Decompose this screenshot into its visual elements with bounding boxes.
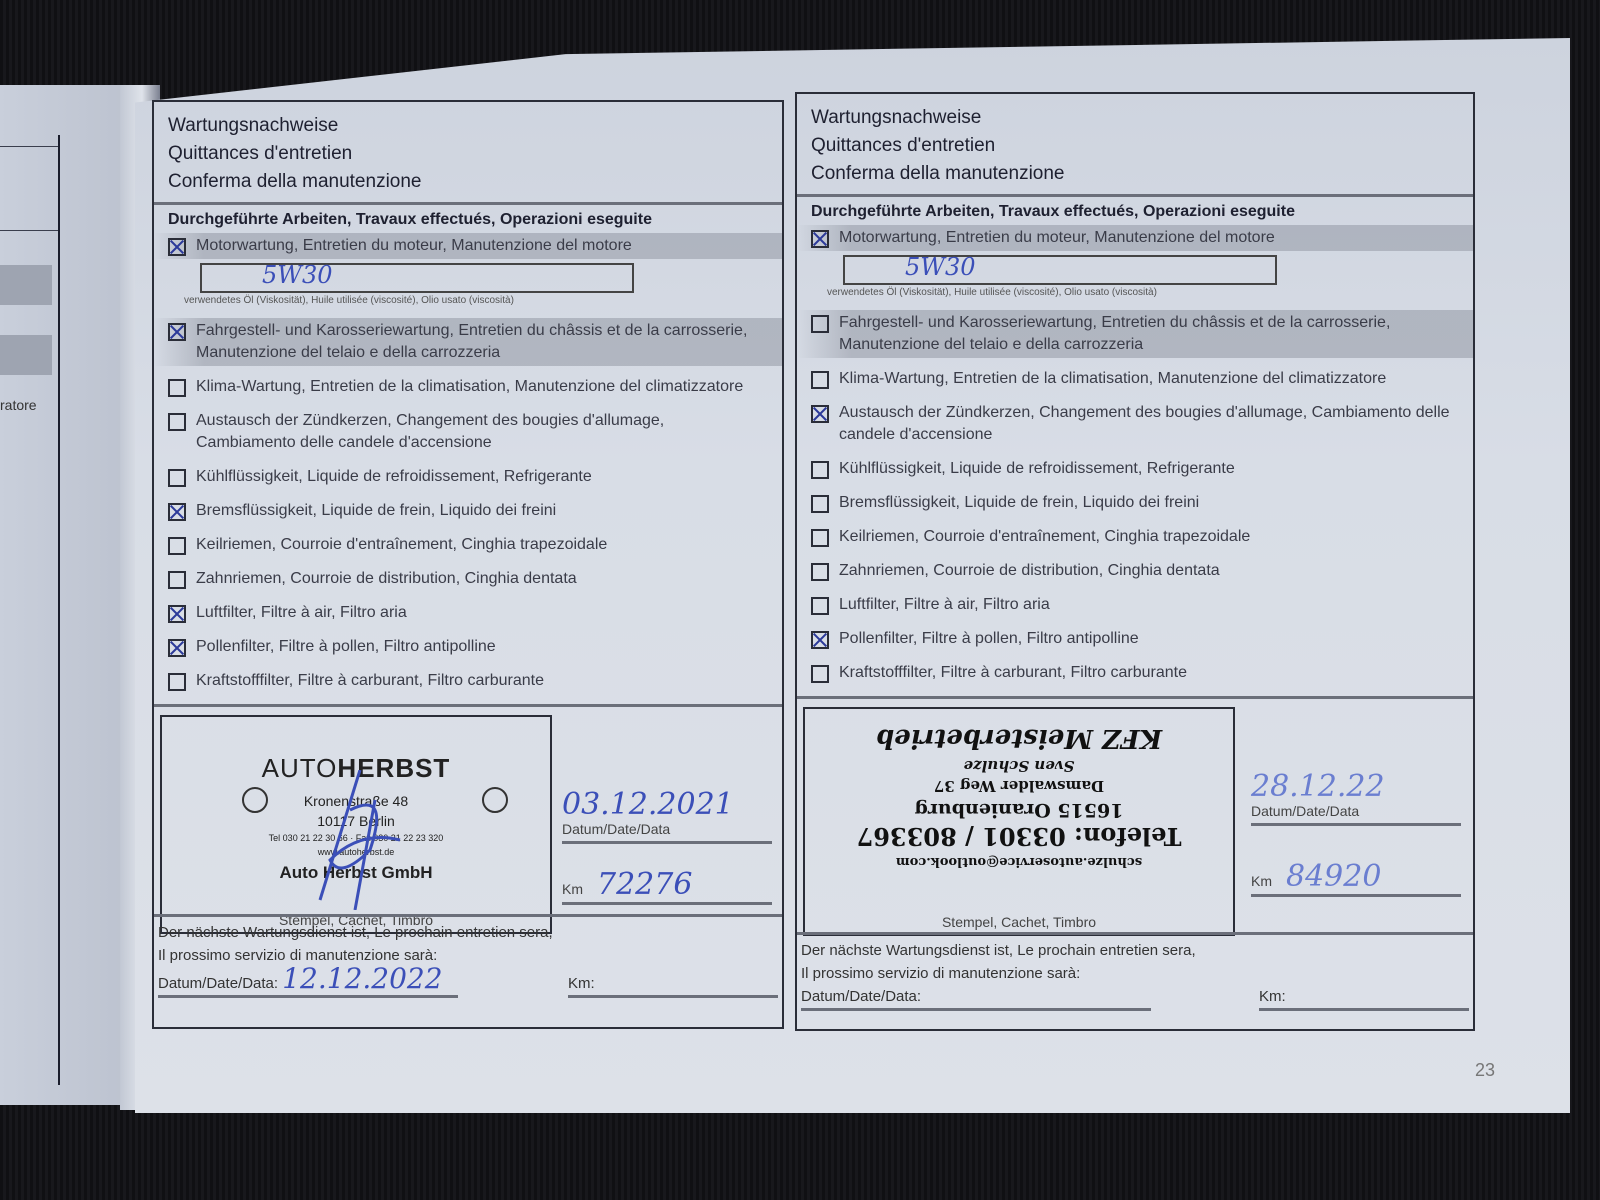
checklist-item: Luftfilter, Filtre à air, Filtro aria [797, 592, 1473, 618]
stamp-upside-down: schulze.autoservice@outlook.com Telefon:… [805, 709, 1233, 869]
checked-checkbox-icon[interactable] [811, 405, 829, 423]
checklist-item-label: Bremsflüssigkeit, Liquide de frein, Liqu… [196, 500, 556, 522]
checklist-item-label: Kühlflüssigkeit, Liquide de refroidissem… [839, 458, 1235, 480]
next-service: Der nächste Wartungsdienst ist, Le proch… [154, 914, 782, 1002]
checkbox-icon[interactable] [811, 597, 829, 615]
signature-scribble [300, 770, 420, 910]
next-date-label: Datum/Date/Data: [801, 988, 921, 1005]
checked-checkbox-icon[interactable] [811, 230, 829, 248]
header-line: Wartungsnachweise [811, 104, 1459, 132]
checklist-item-label: Pollenfilter, Filtre à pollen, Filtro an… [196, 636, 496, 658]
checked-checkbox-icon[interactable] [168, 323, 186, 341]
checklist-item-label: Luftfilter, Filtre à air, Filtro aria [196, 602, 407, 624]
checked-checkbox-icon[interactable] [168, 503, 186, 521]
service-km: 84920 [1286, 859, 1381, 894]
km-label: Km [562, 881, 583, 897]
checklist-item-label: Klima-Wartung, Entretien de la climatisa… [839, 368, 1386, 390]
rule [0, 230, 58, 231]
checkbox-icon[interactable] [811, 563, 829, 581]
checkbox-icon[interactable] [811, 371, 829, 389]
service-km: 72276 [597, 867, 692, 902]
stamp-row: AUTOHERBST Kronenstraße 48 10117 Berlin … [154, 704, 782, 925]
checkbox-icon[interactable] [811, 495, 829, 513]
checklist-item: Austausch der Zündkerzen, Changement des… [154, 408, 782, 456]
checkbox-icon[interactable] [811, 461, 829, 479]
checklist-item: Kühlflüssigkeit, Liquide de refroidissem… [797, 456, 1473, 482]
workshop-stamp: schulze.autoservice@outlook.com Telefon:… [803, 707, 1235, 936]
stamp-owner: Sven Schulze [805, 757, 1233, 775]
checklist-item-label: Bremsflüssigkeit, Liquide de frein, Liqu… [839, 492, 1199, 514]
next-service-text: Der nächste Wartungsdienst ist, Le proch… [801, 939, 1469, 962]
checklist-item-label: Fahrgestell- und Karosseriewartung, Entr… [196, 320, 768, 364]
checklist-item: Fahrgestell- und Karosseriewartung, Entr… [797, 310, 1473, 358]
header-line: Quittances d'entretien [168, 140, 768, 168]
oil-caption: verwendetes Öl (Viskosität), Huile utili… [154, 293, 782, 310]
date-label: Datum/Date/Data [562, 821, 772, 844]
service-date: 28.12.22 [1251, 769, 1461, 803]
oil-viscosity-field[interactable]: 5W30 [200, 263, 634, 293]
stamp-row: schulze.autoservice@outlook.com Telefon:… [797, 696, 1473, 917]
checklist-item-label: Kraftstofffilter, Filtre à carburant, Fi… [196, 670, 544, 692]
text-fragment: ratore [0, 397, 37, 413]
checklist-item-label: Klima-Wartung, Entretien de la climatisa… [196, 376, 743, 398]
service-entry-right: Wartungsnachweise Quittances d'entretien… [795, 92, 1475, 1031]
next-service-text: Il prossimo servizio di manutenzione sar… [158, 944, 778, 967]
entry-header: Wartungsnachweise Quittances d'entretien… [797, 94, 1473, 197]
checkbox-icon[interactable] [168, 571, 186, 589]
checklist-item: Luftfilter, Filtre à air, Filtro aria [154, 600, 782, 626]
checklist-item: Keilriemen, Courroie d'entraînement, Cin… [797, 524, 1473, 550]
header-line: Wartungsnachweise [168, 112, 768, 140]
checklist-item: Kraftstofffilter, Filtre à carburant, Fi… [797, 660, 1473, 686]
next-date-value: 12.12.2022 [282, 962, 442, 995]
checkbox-icon[interactable] [168, 469, 186, 487]
stamp-title: KFZ Meisterbetrieb [805, 723, 1233, 753]
next-km-field[interactable]: Km: [568, 972, 778, 998]
next-km-field[interactable]: Km: [1259, 985, 1469, 1011]
next-service-text: Der nächste Wartungsdienst ist, Le proch… [158, 921, 778, 944]
checklist-item-label: Austausch der Zündkerzen, Changement des… [196, 410, 768, 454]
oil-caption: verwendetes Öl (Viskosität), Huile utili… [797, 285, 1473, 302]
date-field[interactable]: 03.12.2021 Datum/Date/Data [562, 787, 772, 844]
checklist-item-label: Motorwartung, Entretien du moteur, Manut… [196, 235, 632, 257]
checklist-item: Zahnriemen, Courroie de distribution, Ci… [797, 558, 1473, 584]
checklist-item: Kraftstofffilter, Filtre à carburant, Fi… [154, 668, 782, 694]
km-label: Km [1251, 873, 1272, 889]
checklist-item-label: Pollenfilter, Filtre à pollen, Filtro an… [839, 628, 1139, 650]
section-title: Durchgeführte Arbeiten, Travaux effectué… [154, 205, 782, 233]
next-date-label: Datum/Date/Data: [158, 975, 278, 992]
checklist-item-label: Zahnriemen, Courroie de distribution, Ci… [839, 560, 1220, 582]
checked-checkbox-icon[interactable] [811, 631, 829, 649]
checklist-item: Fahrgestell- und Karosseriewartung, Entr… [154, 318, 782, 366]
header-line: Conferma della manutenzione [811, 160, 1459, 188]
header-line: Conferma della manutenzione [168, 168, 768, 196]
stamp-city: 16515 Oranienburg [805, 799, 1233, 821]
checklist-item-label: Austausch der Zündkerzen, Changement des… [839, 402, 1459, 446]
checklist-item-label: Motorwartung, Entretien du moteur, Manut… [839, 227, 1275, 249]
checklist-item-label: Keilriemen, Courroie d'entraînement, Cin… [839, 526, 1250, 548]
stamp-street: Damswalder Weg 37 [805, 777, 1233, 795]
next-date-field[interactable]: Datum/Date/Data: [801, 985, 1151, 1011]
checklist-item-label: Keilriemen, Courroie d'entraînement, Cin… [196, 534, 607, 556]
checklist-item: Klima-Wartung, Entretien de la climatisa… [154, 374, 782, 400]
checklist-item: Bremsflüssigkeit, Liquide de frein, Liqu… [797, 490, 1473, 516]
checklist-item: Keilriemen, Courroie d'entraînement, Cin… [154, 532, 782, 558]
page-number: 23 [1475, 1060, 1495, 1081]
section-title: Durchgeführte Arbeiten, Travaux effectué… [797, 197, 1473, 225]
checkbox-icon[interactable] [811, 665, 829, 683]
date-field[interactable]: 28.12.22 Datum/Date/Data [1251, 769, 1461, 826]
oil-viscosity-value: 5W30 [262, 261, 332, 289]
header-line: Quittances d'entretien [811, 132, 1459, 160]
checklist-item-label: Kühlflüssigkeit, Liquide de refroidissem… [196, 466, 592, 488]
date-label: Datum/Date/Data [1251, 803, 1461, 826]
checklist-item-label: Fahrgestell- und Karosseriewartung, Entr… [839, 312, 1459, 356]
checklist-item: Motorwartung, Entretien du moteur, Manut… [797, 225, 1473, 251]
checkbox-icon[interactable] [811, 529, 829, 547]
checkbox-icon[interactable] [168, 537, 186, 555]
previous-page-edge: ratore [0, 85, 135, 1105]
checklist-item: Motorwartung, Entretien du moteur, Manut… [154, 233, 782, 259]
km-field[interactable]: Km72276 [562, 867, 772, 905]
checklist-item: Zahnriemen, Courroie de distribution, Ci… [154, 566, 782, 592]
checklist-item: Kühlflüssigkeit, Liquide de refroidissem… [154, 464, 782, 490]
oil-viscosity-field[interactable]: 5W30 [843, 255, 1277, 285]
next-service-text: Il prossimo servizio di manutenzione sar… [801, 962, 1469, 985]
checkbox-icon[interactable] [168, 413, 186, 431]
checklist-item: Austausch der Zündkerzen, Changement des… [797, 400, 1473, 448]
checklist: Motorwartung, Entretien du moteur, Manut… [797, 225, 1473, 686]
checklist-item: Klima-Wartung, Entretien de la climatisa… [797, 366, 1473, 392]
checked-checkbox-icon[interactable] [168, 639, 186, 657]
checklist-item-label: Zahnriemen, Courroie de distribution, Ci… [196, 568, 577, 590]
stamp-email: schulze.autoservice@outlook.com [805, 854, 1233, 869]
checklist-item-label: Kraftstofffilter, Filtre à carburant, Fi… [839, 662, 1187, 684]
checked-checkbox-icon[interactable] [168, 605, 186, 623]
next-km-label: Km: [568, 975, 595, 992]
oil-viscosity-value: 5W30 [905, 253, 975, 281]
checkbox-icon[interactable] [168, 673, 186, 691]
next-date-field[interactable]: Datum/Date/Data: 12.12.2022 [158, 967, 458, 998]
rule [0, 146, 58, 147]
checklist-item: Pollenfilter, Filtre à pollen, Filtro an… [154, 634, 782, 660]
checklist: Motorwartung, Entretien du moteur, Manut… [154, 233, 782, 694]
next-service: Der nächste Wartungsdienst ist, Le proch… [797, 932, 1473, 1015]
km-field[interactable]: Km84920 [1251, 859, 1461, 897]
next-km-label: Km: [1259, 988, 1286, 1005]
shaded-row [0, 265, 52, 305]
stamp-caption: Stempel, Cachet, Timbro [805, 914, 1233, 930]
checklist-item: Pollenfilter, Filtre à pollen, Filtro an… [797, 626, 1473, 652]
service-entry-left: Wartungsnachweise Quittances d'entretien… [152, 100, 784, 1029]
stamp-phone: Telefon: 03301 / 803367 [805, 822, 1233, 851]
checked-checkbox-icon[interactable] [168, 238, 186, 256]
checkbox-icon[interactable] [168, 379, 186, 397]
shaded-row [0, 335, 52, 375]
service-date: 03.12.2021 [562, 787, 772, 821]
checklist-item: Bremsflüssigkeit, Liquide de frein, Liqu… [154, 498, 782, 524]
checkbox-icon[interactable] [811, 315, 829, 333]
checklist-item-label: Luftfilter, Filtre à air, Filtro aria [839, 594, 1050, 616]
entry-header: Wartungsnachweise Quittances d'entretien… [154, 102, 782, 205]
